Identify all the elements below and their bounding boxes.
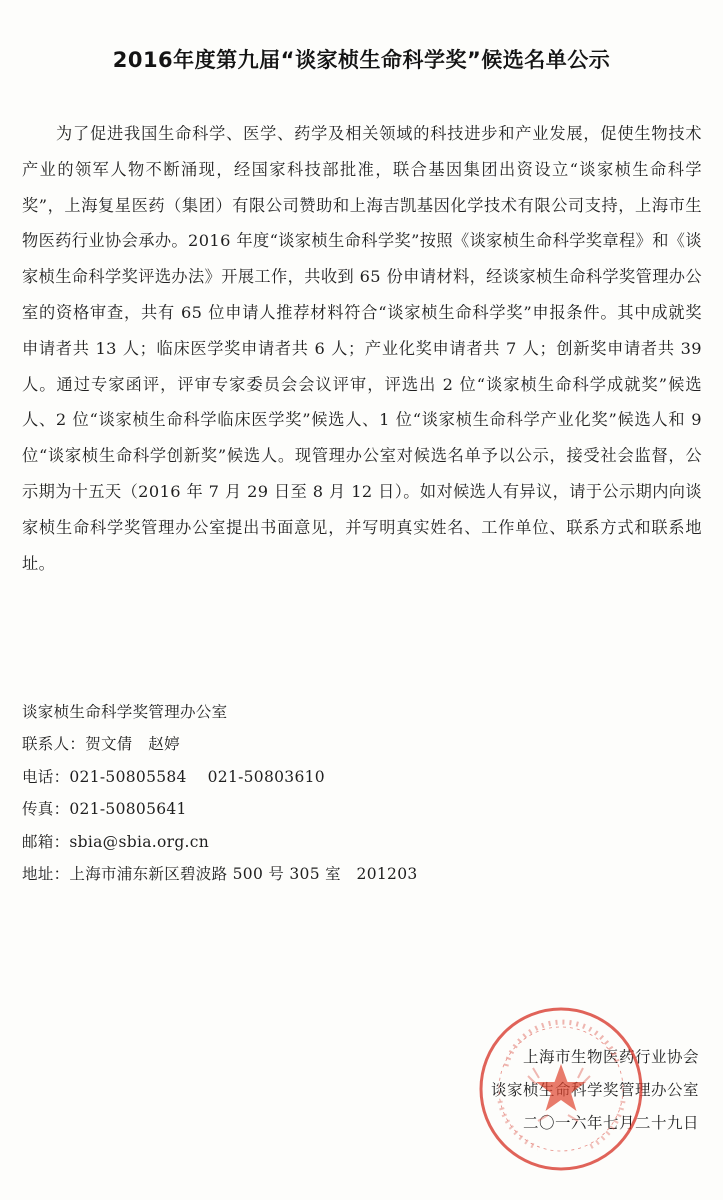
postal-address: 地址：上海市浦东新区碧波路 500 号 305 室 201203: [22, 858, 522, 890]
phone-numbers: 电话：021-50805584 021-50803610: [22, 761, 522, 793]
contact-persons: 联系人：贺文倩 赵婷: [22, 728, 522, 760]
document-title: 2016年度第九届“谈家桢生命科学奖”候选名单公示: [0, 44, 723, 74]
signing-date: 二〇一六年七月二十九日: [491, 1107, 699, 1140]
signing-org-association: 上海市生物医药行业协会: [491, 1041, 699, 1074]
contact-block: 谈家桢生命科学奖管理办公室 联系人：贺文倩 赵婷 电话：021-50805584…: [22, 696, 522, 890]
office-name: 谈家桢生命科学奖管理办公室: [22, 696, 522, 728]
signature-block: 上海市生物医药行业协会 谈家桢生命科学奖管理办公室 二〇一六年七月二十九日: [491, 1041, 699, 1140]
announcement-paragraph: 为了促进我国生命科学、医学、药学及相关领域的科技进步和产业发展，促使生物技术产业…: [22, 116, 702, 581]
email-address: 邮箱：sbia@sbia.org.cn: [22, 826, 522, 858]
signing-org-office: 谈家桢生命科学奖管理办公室: [491, 1074, 699, 1107]
fax-number: 传真：021-50805641: [22, 793, 522, 825]
